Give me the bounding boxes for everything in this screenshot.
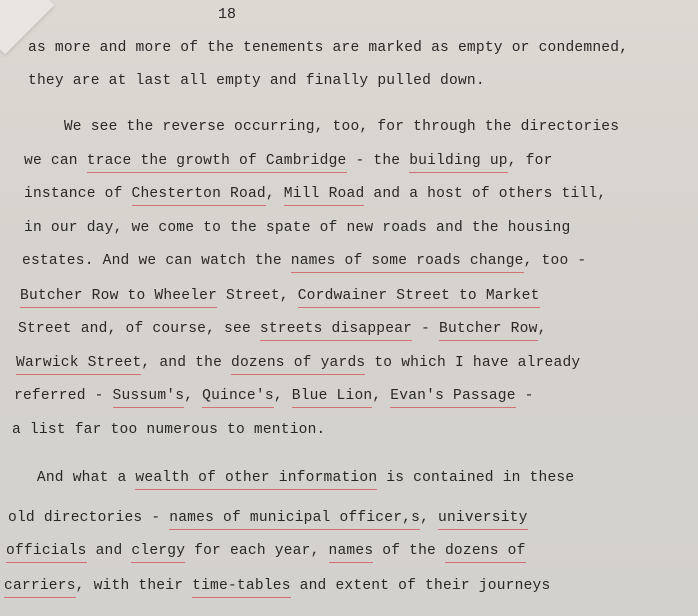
text-segment: , with their — [76, 578, 192, 594]
text-segment: old directories - — [8, 510, 169, 526]
underlined-phrase: names of some roads change — [291, 253, 524, 273]
text-segment: we can — [24, 153, 87, 169]
text-line: they are at last all empty and finally p… — [28, 73, 485, 89]
text-segment: We see the reverse occurring, too, for t… — [28, 119, 619, 135]
underlined-phrase: Warwick Street — [16, 355, 141, 375]
text-segment: instance of — [24, 186, 132, 202]
underlined-phrase: Butcher Row to Wheeler — [20, 288, 217, 308]
text-segment: of the — [373, 543, 445, 559]
text-segment: , — [274, 388, 292, 404]
text-segment: - — [412, 321, 439, 337]
text-segment: is contained in these — [377, 470, 574, 486]
text-segment: they are at last all empty and finally p… — [28, 73, 485, 89]
text-segment: - — [516, 388, 534, 404]
text-line: We see the reverse occurring, too, for t… — [28, 119, 619, 135]
text-segment: Street, — [217, 288, 298, 304]
underlined-phrase: carriers — [4, 578, 76, 598]
text-line: Warwick Street, and the dozens of yards … — [16, 355, 580, 371]
text-line: old directories - names of municipal off… — [8, 510, 528, 526]
text-line: as more and more of the tenements are ma… — [28, 40, 628, 56]
underlined-phrase: Quince's — [202, 388, 274, 408]
text-segment: Street and, of course, see — [18, 321, 260, 337]
text-segment: estates. And we can watch the — [22, 253, 291, 269]
text-segment: in our day, we come to the spate of new … — [24, 220, 570, 236]
text-segment: a list far too numerous to mention. — [12, 422, 326, 438]
underlined-phrase: Mill Road — [284, 186, 365, 206]
text-segment: , — [266, 186, 284, 202]
text-segment: - the — [347, 153, 410, 169]
underlined-phrase: clergy — [131, 543, 185, 563]
text-line: instance of Chesterton Road, Mill Road a… — [24, 186, 606, 202]
text-segment: , — [538, 321, 547, 337]
text-line: estates. And we can watch the names of s… — [22, 253, 586, 269]
underlined-phrase: Evan's Passage — [390, 388, 515, 408]
underlined-phrase: names — [329, 543, 374, 563]
text-segment: and extent of their journeys — [291, 578, 551, 594]
text-line: officials and clergy for each year, name… — [6, 543, 526, 559]
underlined-phrase: Sussum's — [113, 388, 185, 408]
text-segment: , — [420, 510, 438, 526]
underlined-phrase: streets disappear — [260, 321, 412, 341]
underlined-phrase: trace the growth of Cambridge — [87, 153, 347, 173]
text-segment: And what a — [10, 470, 135, 486]
text-line: we can trace the growth of Cambridge - t… — [24, 153, 553, 169]
underlined-phrase: Blue Lion — [292, 388, 373, 408]
text-line: a list far too numerous to mention. — [12, 422, 326, 438]
text-segment: , and the — [141, 355, 231, 371]
text-line: in our day, we come to the spate of new … — [24, 220, 570, 236]
text-segment: and a host of others till, — [364, 186, 606, 202]
underlined-phrase: university — [438, 510, 528, 530]
underlined-phrase: dozens of — [445, 543, 526, 563]
text-line: Street and, of course, see streets disap… — [18, 321, 547, 337]
underlined-phrase: time-tables — [192, 578, 291, 598]
text-line: And what a wealth of other information i… — [10, 470, 574, 486]
underlined-phrase: dozens of yards — [231, 355, 365, 375]
text-segment: , for — [508, 153, 553, 169]
text-segment: , too - — [524, 253, 587, 269]
text-segment: , — [372, 388, 390, 404]
underlined-phrase: wealth of other information — [135, 470, 377, 490]
text-line: carriers, with their time-tables and ext… — [4, 578, 550, 594]
underlined-phrase: officials — [6, 543, 87, 563]
text-segment: referred - — [14, 388, 113, 404]
page-number: 18 — [218, 6, 236, 23]
underlined-phrase: names of municipal officer,s — [169, 510, 420, 530]
text-segment: to which I have already — [365, 355, 580, 371]
text-segment: , — [184, 388, 202, 404]
underlined-phrase: Butcher Row — [439, 321, 538, 341]
underlined-phrase: building up — [409, 153, 508, 173]
text-segment: as more and more of the tenements are ma… — [28, 40, 628, 56]
underlined-phrase: Chesterton Road — [132, 186, 266, 206]
text-line: referred - Sussum's, Quince's, Blue Lion… — [14, 388, 534, 404]
text-segment: and — [87, 543, 132, 559]
text-line: Butcher Row to Wheeler Street, Cordwaine… — [20, 288, 540, 304]
text-segment: for each year, — [185, 543, 328, 559]
underlined-phrase: Cordwainer Street to Market — [298, 288, 540, 308]
